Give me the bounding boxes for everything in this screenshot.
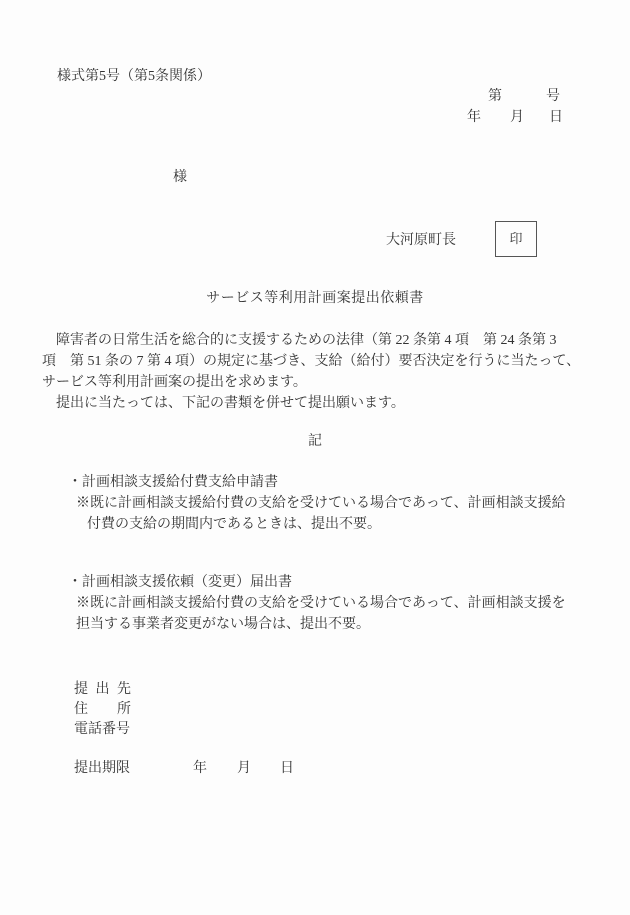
attachment-item-bullet: ・計画相談支援給付費支給申請書 (68, 475, 278, 490)
document-page: 様式第5号（第5条関係） 第 号 年 月 日 様 大河原町長 印 サービス等利用… (0, 0, 630, 915)
address-label: 住所 (74, 702, 131, 717)
attachment-item-note-continued: 付費の支給の期間内であるときは、提出不要。 (87, 517, 381, 532)
body-paragraph-line: サービス等利用計画案の提出を求めます。 (42, 375, 307, 390)
phone-label: 電話番号 (74, 722, 130, 737)
attachment-item-bullet: ・計画相談支援依頼（変更）届出書 (68, 575, 292, 590)
body-paragraph-line: 障害者の日常生活を総合的に支援するための法律（第 22 条第 4 項 第 24 … (42, 333, 557, 348)
doc-number-suffix: 号 (546, 89, 560, 104)
sender-name: 大河原町長 (386, 233, 456, 248)
date-month-label: 月 (510, 110, 524, 125)
attachment-item-note: ※既に計画相談支援給付費の支給を受けている場合であって、計画相談支援を (76, 596, 566, 611)
stamp-box: 印 (495, 221, 537, 257)
deadline-month-label: 月 (237, 761, 251, 776)
date-year-label: 年 (467, 110, 481, 125)
date-day-label: 日 (549, 110, 563, 125)
deadline-label: 提出期限 (74, 761, 130, 776)
stamp-label: 印 (509, 231, 522, 246)
form-id-label: 様式第5号（第5条関係） (57, 69, 211, 84)
attachment-item-note-continued: 担当する事業者変更がない場合は、提出不要。 (76, 617, 370, 632)
body-paragraph-line: 項 第 51 条の 7 第 4 項）の規定に基づき、支給（給付）要否決定を行うに… (42, 354, 580, 369)
deadline-day-label: 日 (280, 761, 294, 776)
section-mark: 記 (0, 434, 630, 449)
body-paragraph-line: 提出に当たっては、下記の書類を併せて提出願います。 (42, 396, 405, 411)
submit-to-label: 提出先 (74, 682, 131, 697)
doc-number-prefix: 第 (488, 89, 502, 104)
addressee-honorific-label: 様 (173, 170, 187, 185)
document-title: サービス等利用計画案提出依頼書 (0, 291, 630, 306)
deadline-year-label: 年 (193, 761, 207, 776)
attachment-item-note: ※既に計画相談支援給付費の支給を受けている場合であって、計画相談支援給 (76, 496, 566, 511)
